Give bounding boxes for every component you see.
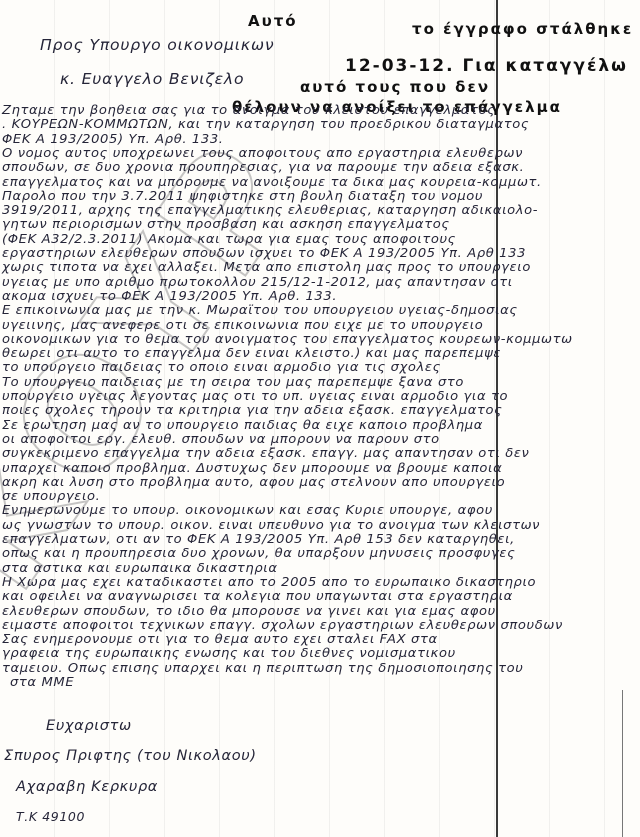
letter-line: επαγγελματος και να μπορουμε να ανοιξουμ…	[2, 174, 542, 189]
letter-line: σε υπουργειο.	[2, 488, 100, 503]
letter-line: επαγγελματων, οτι αν το ΦΕΚ Α 193/2005 Υ…	[2, 531, 515, 546]
letter-line: ειμαστε αποφοιτοι τεχνικων επαγγ. σχολων…	[2, 617, 563, 632]
letter-line: σπουδων, σε δυο χρονια προυπηρεσιας, για…	[2, 159, 524, 174]
letter-line: θεωρει οτι αυτο το επαγγελμα δεν ειναι κ…	[2, 345, 501, 360]
letter-line: γραφεια της ευρωπαικης ενωσης και του δι…	[2, 645, 456, 660]
signature-place: Αχαραβη Κερκυρα	[16, 779, 158, 795]
recipient-line-2: κ. Ευαγγελο Βενιζελο	[60, 70, 244, 88]
marker-note-3: αυτό τους που δεν	[300, 78, 490, 96]
letter-line: Ενημερωνουμε το υπουρ. οικονομικων και ε…	[2, 502, 493, 517]
scanned-letter-page: ΚΟΥΡ Προς Υπουργο οικονομικων κ. Ευαγγελ…	[0, 0, 640, 837]
letter-line: οικονομικων για το θεμα του ανοιγματος τ…	[2, 331, 573, 346]
recipient-line-1: Προς Υπουργο οικονομικων	[40, 36, 274, 54]
letter-line: Ε επικοινωνια μας με την κ. Μωραϊτου του…	[2, 302, 518, 317]
closing: Ευχαριστω	[46, 718, 132, 734]
letter-line: . ΚΟΥΡΕΩΝ-ΚΟΜΜΩΤΩΝ, και την καταργηση το…	[2, 116, 529, 131]
letter-line: υγειινης, μας ανεφερε οτι σε επικοινωνια…	[2, 317, 483, 332]
letter-line: το υπουργειο παιδειας το οποιο ειναι αρμ…	[2, 359, 441, 374]
letter-line: Ζηταμε την βοηθεια σας για το ανοιγμα το…	[2, 102, 495, 117]
letter-line: Σας ενημερονουμε οτι για το θεμα αυτο εχ…	[2, 631, 438, 646]
letter-line: ακρη και λυση στο προβλημα αυτο, αφου μα…	[2, 474, 505, 489]
letter-line: Η Χωρα μας εχει καταδικαστει απο το 2005…	[2, 574, 536, 589]
letter-line: στα ΜΜΕ	[10, 674, 74, 689]
letter-line: γητων περιορισμων στην προσβαση και ασκη…	[2, 216, 450, 231]
letter-line: υπαρχει καποιο προβλημα. Δυστυχως δεν μπ…	[2, 460, 502, 475]
letter-line: ως γνωστων το υπουρ. οικον. ειναι υπευθυ…	[2, 517, 540, 532]
letter-line: (ΦΕΚ Α32/2.3.2011) Ακομα και τωρα για εμ…	[2, 231, 456, 246]
marker-note-1b: το έγγραφο στάλθηκε	[412, 20, 633, 38]
letter-line: εργαστηριων ελευθερων σπουδων ισχυει το …	[2, 245, 526, 260]
marker-note-2: 12-03-12. Για καταγγέλω	[345, 56, 628, 76]
letter-line: χωρις τιποτα να εχει αλλαξει. Μετα απο ε…	[2, 259, 531, 274]
letter-line: Παρολο που την 3.7.2011 ψηφιστηκε στη βο…	[2, 188, 483, 203]
letter-line: ελευθερων σπουδων, το ιδιο θα μπορουσε ν…	[2, 603, 496, 618]
letter-line: ακομα ισχυει το ΦΕΚ Α 193/2005 Υπ. Αρθ. …	[2, 288, 337, 303]
letter-line: οι αποφοιτοι εργ. ελευθ. σπουδων να μπορ…	[2, 431, 440, 446]
letter-line: 3919/2011, αρχης της επαγγελματικης ελευ…	[2, 202, 538, 217]
letter-line: συγκεκριμενο επαγγελμα την αδεια εξασκ. …	[2, 445, 530, 460]
marker-note-1a: Αυτό	[248, 12, 298, 30]
letter-line: Το υπουργειο παιδειας με τη σειρα του μα…	[2, 374, 464, 389]
letter-line: Ο νομος αυτος υποχρεωνει τους αποφοιτους…	[2, 145, 523, 160]
letter-line: Σε ερωτηση μας αν το υπουργειο παιδιας θ…	[2, 417, 483, 432]
letter-line: ποιες σχολες τηρουν τα κριτηρια για την …	[2, 402, 502, 417]
letter-line: υπουργειο υγειας λεγοντας μας οτι το υπ.…	[2, 388, 508, 403]
signature-postal-code: Τ.Κ 49100	[16, 810, 85, 824]
letter-line: ταμειου. Οπως επισης υπαρχει και η περιπ…	[2, 660, 523, 675]
letter-line: στα αστικα και ευρωπαικα δικαστηρια	[2, 560, 278, 575]
letter-line: και οφειλει να αναγνωρισει τα κολεγια πο…	[2, 588, 513, 603]
letter-line: ΦΕΚ Α 193/2005) Υπ. Αρθ. 133.	[2, 131, 224, 146]
page-edge-line	[622, 690, 623, 837]
signature-name: Σπυρος Πριφτης (του Νικολαου)	[4, 748, 257, 764]
letter-line: υγειας με υπο αριθμο πρωτοκολλου 215/12-…	[2, 274, 513, 289]
letter-line: οπως και η προυπηρεσια δυο χρονων, θα υπ…	[2, 545, 515, 560]
